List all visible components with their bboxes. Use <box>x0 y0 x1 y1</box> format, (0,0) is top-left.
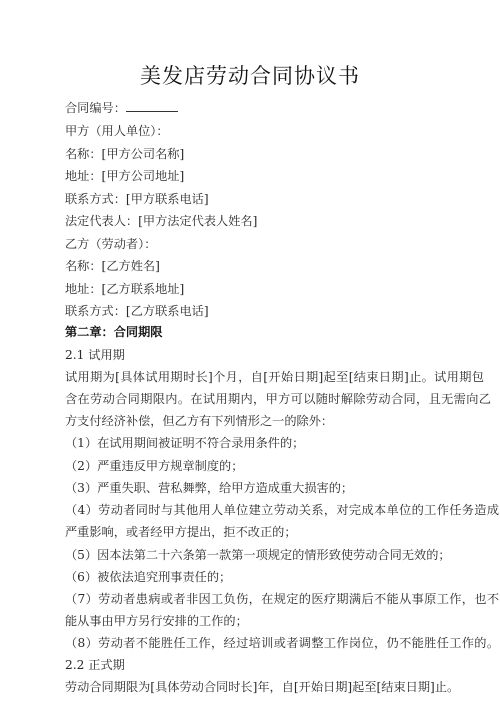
document-page: 美发店劳动合同协议书 合同编号： 甲方（用人单位）： 名称：[甲方公司名称] 地… <box>0 0 500 707</box>
contract-number-blank[interactable] <box>126 99 178 112</box>
list-item-2: （2）严重违反甲方规章制度的； <box>65 456 437 476</box>
list-item-4: （4）劳动者同时与其他用人单位建立劳动关系，对完成本单位的工作任务造成 <box>65 500 437 520</box>
section-2-1-para-line: 试用期为[具体试用期时长]个月，自[开始日期]起至[结束日期]止。试用期包 <box>65 367 437 387</box>
party-a-address: 地址：[甲方公司地址] <box>65 166 437 186</box>
party-b-heading: 乙方（劳动者）： <box>65 234 437 254</box>
list-item-7-cont: 能从事由甲方另行安排的工作的； <box>65 611 437 631</box>
list-item-4-cont: 严重影响，或者经甲方提出，拒不改正的； <box>65 522 437 542</box>
party-a-heading: 甲方（用人单位）： <box>65 121 437 141</box>
section-2-2-heading: 2.2 正式期 <box>65 655 437 675</box>
contract-number-line: 合同编号： <box>65 98 437 118</box>
list-item-5: （5）因本法第二十六条第一款第一项规定的情形致使劳动合同无效的； <box>65 545 437 565</box>
section-2-1-para-line: 方支付经济补偿，但乙方有下列情形之一的除外： <box>65 411 437 431</box>
party-a-name: 名称：[甲方公司名称] <box>65 144 437 164</box>
list-item-8: （8）劳动者不能胜任工作，经过培训或者调整工作岗位，仍不能胜任工作的。 <box>65 633 437 653</box>
list-item-3: （3）严重失职、营私舞弊，给甲方造成重大损害的； <box>65 478 437 498</box>
section-2-1-heading: 2.1 试用期 <box>65 345 437 365</box>
party-a-contact: 联系方式：[甲方联系电话] <box>65 189 437 209</box>
section-2-1-para-line: 含在劳动合同期限内。在试用期内，甲方可以随时解除劳动合同，且无需向乙 <box>65 389 437 409</box>
list-item-7: （7）劳动者患病或者非因工负伤，在规定的医疗期满后不能从事原工作，也不 <box>65 589 437 609</box>
party-b-address: 地址：[乙方联系地址] <box>65 279 437 299</box>
list-item-6: （6）被依法追究刑事责任的； <box>65 567 437 587</box>
party-b-name: 名称：[乙方姓名] <box>65 256 437 276</box>
contract-number-label: 合同编号： <box>65 101 126 115</box>
section-2-2-para: 劳动合同期限为[具体劳动合同时长]年，自[开始日期]起至[结束日期]止。 <box>65 677 437 697</box>
party-a-legal-rep: 法定代表人：[甲方法定代表人姓名] <box>65 211 437 231</box>
chapter-2-heading: 第二章：合同期限 <box>65 322 437 342</box>
document-title: 美发店劳动合同协议书 <box>0 60 500 90</box>
party-b-contact: 联系方式：[乙方联系电话] <box>65 301 437 321</box>
list-item-1: （1）在试用期间被证明不符合录用条件的； <box>65 433 437 453</box>
